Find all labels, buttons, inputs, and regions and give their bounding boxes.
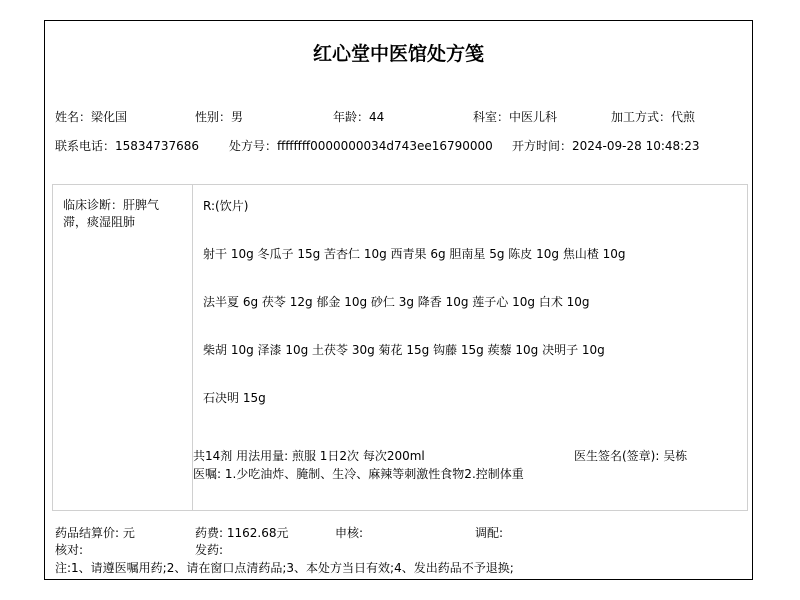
patient-age-value: 44 [369,110,384,124]
patient-gender-label: 性别： [195,110,231,124]
usage-instructions: 共14剂 用法用量: 煎服 1日2次 每次200ml [193,447,425,464]
department-label: 科室： [473,110,509,124]
herb-line-4: 石决明 15g [203,389,266,406]
processing-method-label: 加工方式： [611,110,671,124]
patient-name-value: 梁化国 [91,110,127,124]
settlement-price: 药品结算价: 元 [55,524,135,541]
phone-label: 联系电话： [55,139,115,153]
prescription-table: 临床诊断：肝脾气 滞，痰湿阻肺 R:(饮片) 射干 10g 冬瓜子 15g 苦杏… [52,184,748,511]
herb-line-1: 射干 10g 冬瓜子 15g 苦杏仁 10g 西青果 6g 胆南星 5g 陈皮 … [203,245,626,262]
patient-age-label: 年龄： [333,110,369,124]
patient-age-field: 年龄：44 [333,108,384,125]
department-field: 科室：中医儿科 [473,108,557,125]
rx-time-value: 2024-09-28 10:48:23 [572,139,699,153]
diagnosis-line-1: 临床诊断：肝脾气 [63,197,184,214]
patient-name-label: 姓名： [55,110,91,124]
herb-line-2: 法半夏 6g 茯苓 12g 郁金 10g 砂仁 3g 降香 10g 莲子心 10… [203,293,590,310]
phone-field: 联系电话：15834737686 [55,137,199,154]
dispense-prep-field: 调配: [475,524,503,541]
rx-number-field: 处方号：ffffffff0000000034d743ee16790000 [229,137,493,154]
review-field: 申核: [335,524,363,541]
diagnosis-line-2: 滞，痰湿阻肺 [63,214,184,231]
patient-gender-field: 性别：男 [195,108,243,125]
diagnosis-cell: 临床诊断：肝脾气 滞，痰湿阻肺 [53,185,193,510]
rx-number-value: ffffffff0000000034d743ee16790000 [277,139,493,153]
herb-line-3: 柴胡 10g 泽漆 10g 土茯苓 30g 菊花 15g 钩藤 15g 蒺藜 1… [203,341,605,358]
rx-label: R:(饮片) [203,197,248,214]
patient-name-field: 姓名：梁化国 [55,108,127,125]
rx-number-label: 处方号： [229,139,277,153]
medical-advice: 医嘱: 1.少吃油炸、腌制、生冷、麻辣等刺激性食物2.控制体重 [193,465,524,482]
prescription-sheet: 红心堂中医馆处方笺 姓名：梁化国 性别：男 年龄：44 科室：中医儿科 加工方式… [44,20,753,580]
document-title: 红心堂中医馆处方笺 [45,39,752,66]
rx-time-label: 开方时间： [512,139,572,153]
doctor-signature: 医生签名(签章): 吴栋 [574,447,687,464]
check-field: 核对: [55,541,83,558]
prescription-cell: R:(饮片) 射干 10g 冬瓜子 15g 苦杏仁 10g 西青果 6g 胆南星… [193,185,747,510]
processing-method-field: 加工方式：代煎 [611,108,695,125]
drug-fee: 药费: 1162.68元 [195,524,288,541]
issue-field: 发药: [195,541,223,558]
footer-notes: 注:1、请遵医嘱用药;2、请在窗口点清药品;3、本处方当日有效;4、发出药品不予… [55,559,514,576]
patient-gender-value: 男 [231,110,243,124]
processing-method-value: 代煎 [671,110,695,124]
phone-value: 15834737686 [115,139,199,153]
rx-time-field: 开方时间：2024-09-28 10:48:23 [512,137,699,154]
department-value: 中医儿科 [509,110,557,124]
